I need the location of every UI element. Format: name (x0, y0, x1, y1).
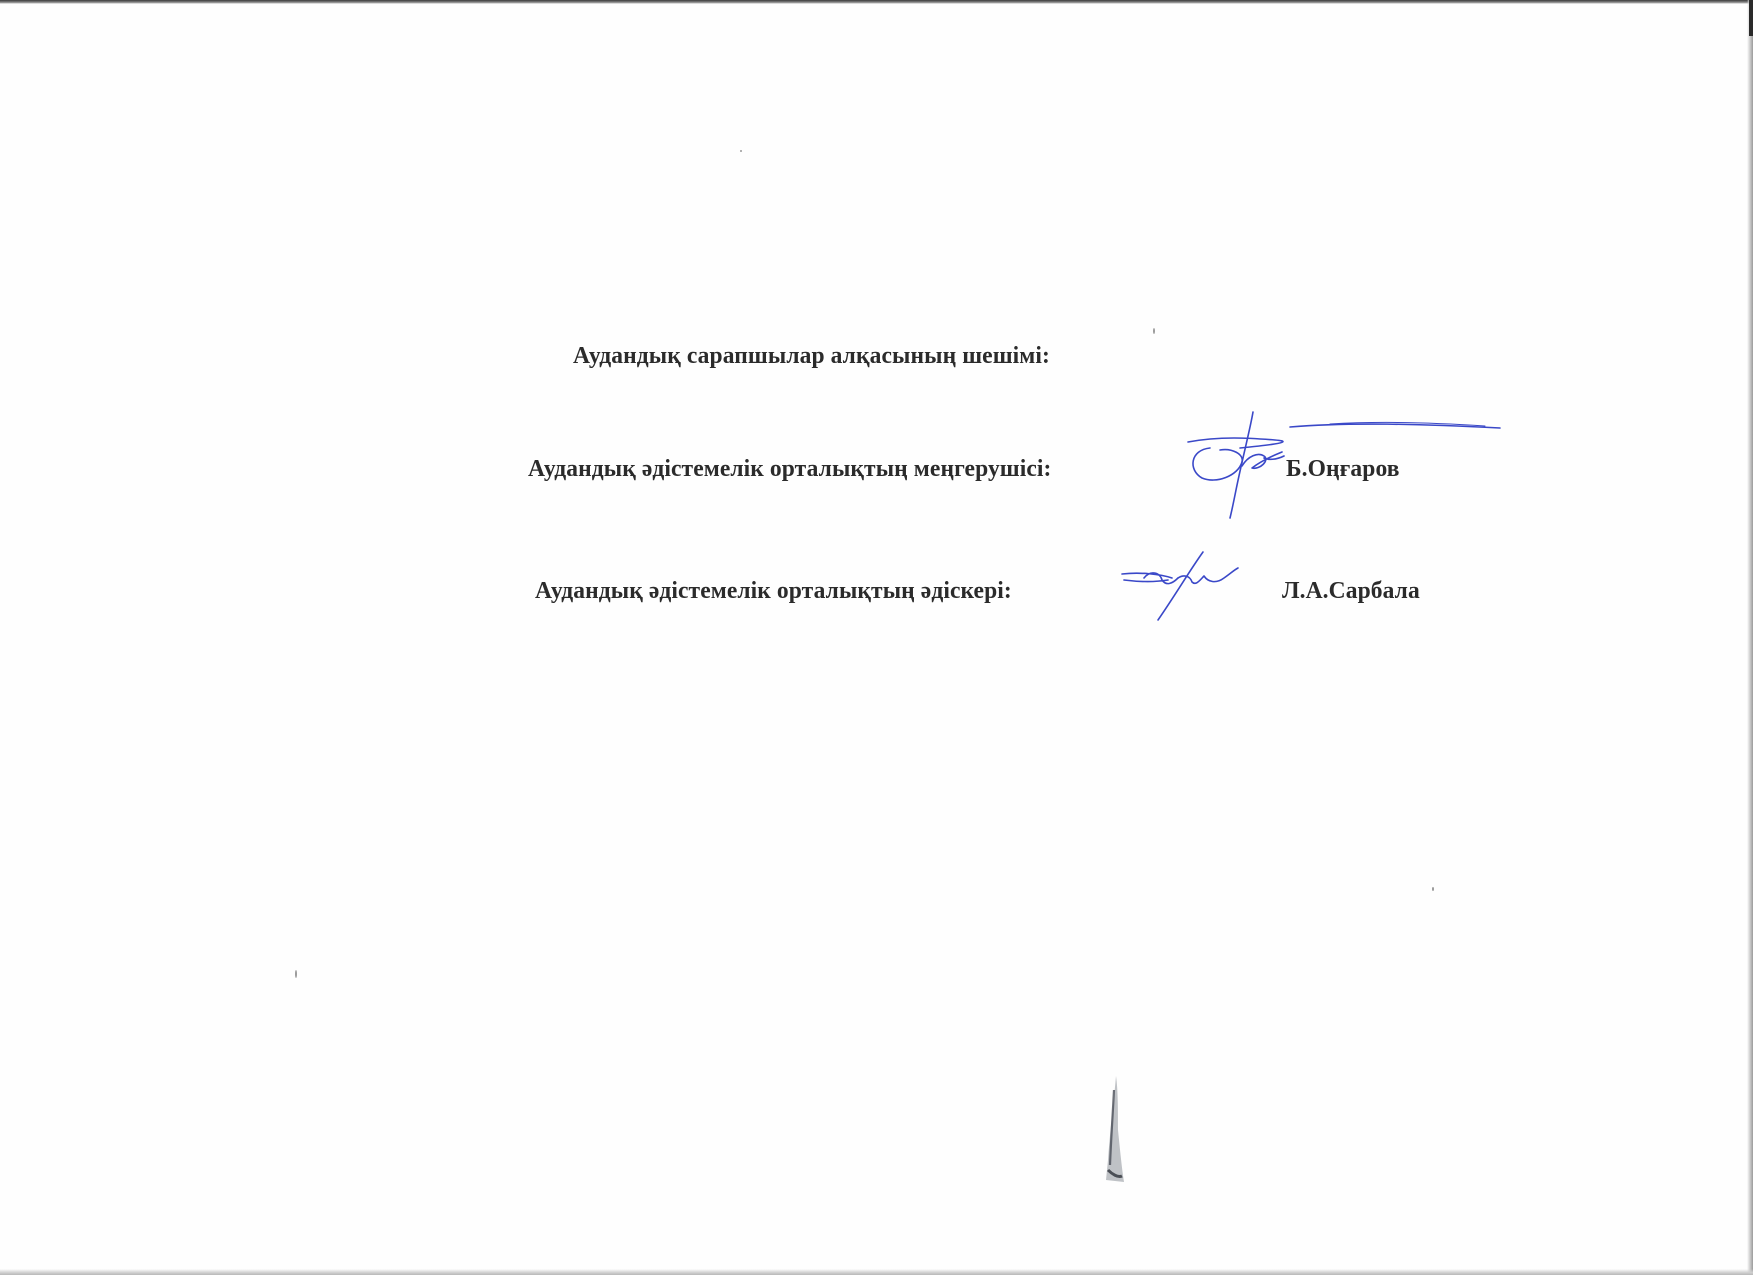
decision-heading: Аудандық сарапшылар алқасының шешімі: (573, 344, 1050, 369)
signatory-name-methodologist: Л.А.Сарбала (1282, 579, 1420, 604)
scan-edge-bottom (0, 1269, 1753, 1275)
scan-edge-corner (1749, 0, 1753, 36)
scan-edge-top (0, 0, 1753, 4)
scan-speck (295, 970, 297, 978)
scan-speck (740, 150, 742, 152)
signatory-position-head: Аудандық әдістемелік орталықтың меңгеруш… (528, 457, 1052, 482)
scan-smudge (1100, 1070, 1150, 1190)
scan-speck (1153, 328, 1155, 334)
scanned-document-page: Аудандық сарапшылар алқасының шешімі: Ау… (0, 0, 1753, 1275)
scan-edge-right (1747, 0, 1753, 1275)
signatory-name-head: Б.Оңғаров (1286, 457, 1400, 482)
handwritten-signature-icon (1120, 548, 1250, 628)
signatory-position-methodologist: Аудандық әдістемелік орталықтың әдіскері… (535, 579, 1012, 604)
scan-speck (1432, 887, 1434, 891)
